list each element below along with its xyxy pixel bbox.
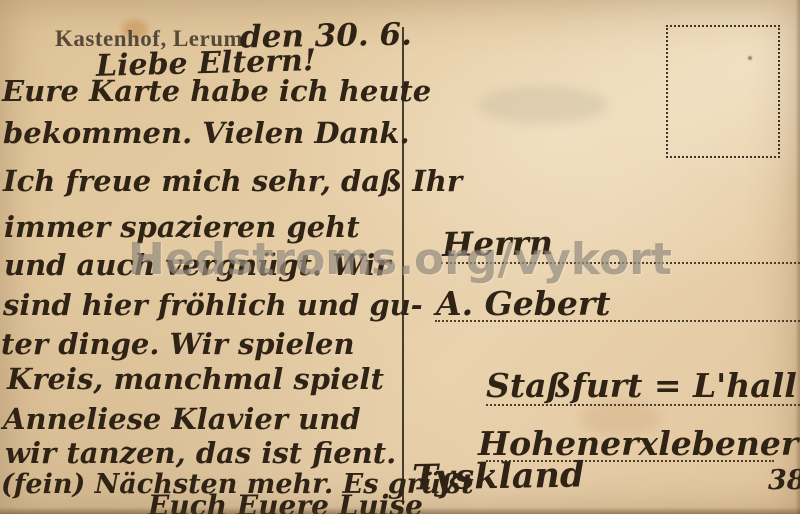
bottom-edge-shadow <box>0 507 800 514</box>
message-line: Ich freue mich sehr, daß Ihr <box>3 167 462 196</box>
address-city: Staßfurt = L'hall <box>486 369 797 402</box>
paper-smudge <box>478 86 608 124</box>
message-line: ter dinge. Wir spielen <box>1 330 355 359</box>
message-line: sind hier fröhlich und gu- <box>3 291 423 320</box>
message-line: Eure Karte habe ich heute <box>2 77 431 106</box>
message-line: wir tanzen, das ist fient. <box>5 439 396 468</box>
address-recipient-name: A. Gebert <box>436 287 610 320</box>
watermark-text: Hedstroms.org/vykort <box>128 234 672 285</box>
stamp-box <box>666 25 780 158</box>
message-line: Anneliese Klavier und <box>3 405 361 434</box>
message-line: bekommen. Vielen Dank. <box>3 119 410 148</box>
right-edge-shadow <box>795 0 800 514</box>
message-line: Kreis, manchmal spielt <box>7 365 384 394</box>
address-country: Tyskland <box>412 457 585 495</box>
postcard-back: Kastenhof, Lerum den 30. 6. Liebe Eltern… <box>0 0 800 514</box>
